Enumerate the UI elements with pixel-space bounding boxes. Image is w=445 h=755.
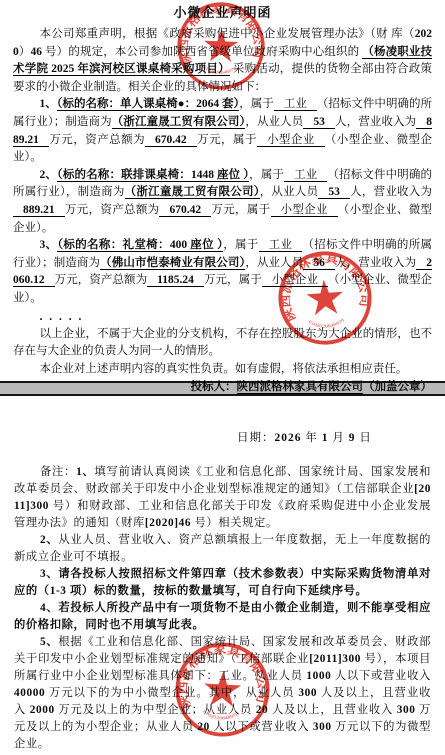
closing-paragraph: 以上企业，不属于大企业的分支机构，不存在控股股东为大企业的情形，也不存在与大企业…	[13, 326, 432, 361]
intro-paragraph: 本公司郑重声明，根据《政府采购促进中小企业发展管理办法》（财 库（2020）46…	[13, 26, 432, 96]
note-4: 4、若投标人所投产品中有一项货物不是由小微企业制造，则不能享受相应的价格扣除，同…	[14, 600, 431, 634]
note-3: 3、请各投标人按照招标文件第四章（技术参数表）中实际采购货物清单对应的（1-3 …	[14, 566, 431, 600]
bid-item-1: 1、（标的名称：单人课桌椅●：2064 套），属于工业（招标文件中明确的所属行业…	[13, 96, 432, 166]
note-1: 备注：1、填写前请认真阅读《工业和信息化部、国家统计局、国家发展和改革委员会、财…	[14, 464, 431, 532]
page-1: 小微企业声明函 本公司郑重声明，根据《政府采购促进中小企业发展管理办法》（财 库…	[0, 0, 445, 381]
date-line: 日期：2026 年 1 月 9 日	[237, 429, 431, 447]
bid-item-3: 3、（标的名称：礼堂椅：400 座位 ），属于工业（招标文件中明确的所属行业）；…	[13, 237, 432, 307]
note-5: 5、根据《工业和信息化部、国家统计局、国家发展和改革委员会、财政部关于印发中小企…	[14, 634, 431, 753]
notes-section: 备注：1、填写前请认真阅读《工业和信息化部、国家统计局、国家发展和改革委员会、财…	[14, 464, 431, 753]
page-2: 日期：2026 年 1 月 9 日 备注：1、填写前请认真阅读《工业和信息化部、…	[0, 429, 445, 753]
bidder-signature-line: 投标人：陕西派格林家具有限公司（加盖公章）	[13, 378, 432, 396]
document-title: 小微企业声明函	[13, 4, 432, 22]
document-canvas: 小微企业声明函 本公司郑重声明，根据《政府采购促进中小企业发展管理办法》（财 库…	[0, 0, 445, 755]
ellipsis-line: . . . . .	[13, 310, 432, 325]
declaration-paragraph: 本企业对上述声明内容的真实性负责。如有虚假，将依法承担相应责任。	[13, 361, 432, 379]
bid-item-2: 2、（标的名称：联排课桌椅：1448 座位 ），属于工业（招标文件中明确的所属行…	[13, 167, 432, 237]
note-2: 2、从业人员、营业收入、资产总额填报上一年度数据，无上一年度数据的新成立企业可不…	[14, 532, 431, 566]
